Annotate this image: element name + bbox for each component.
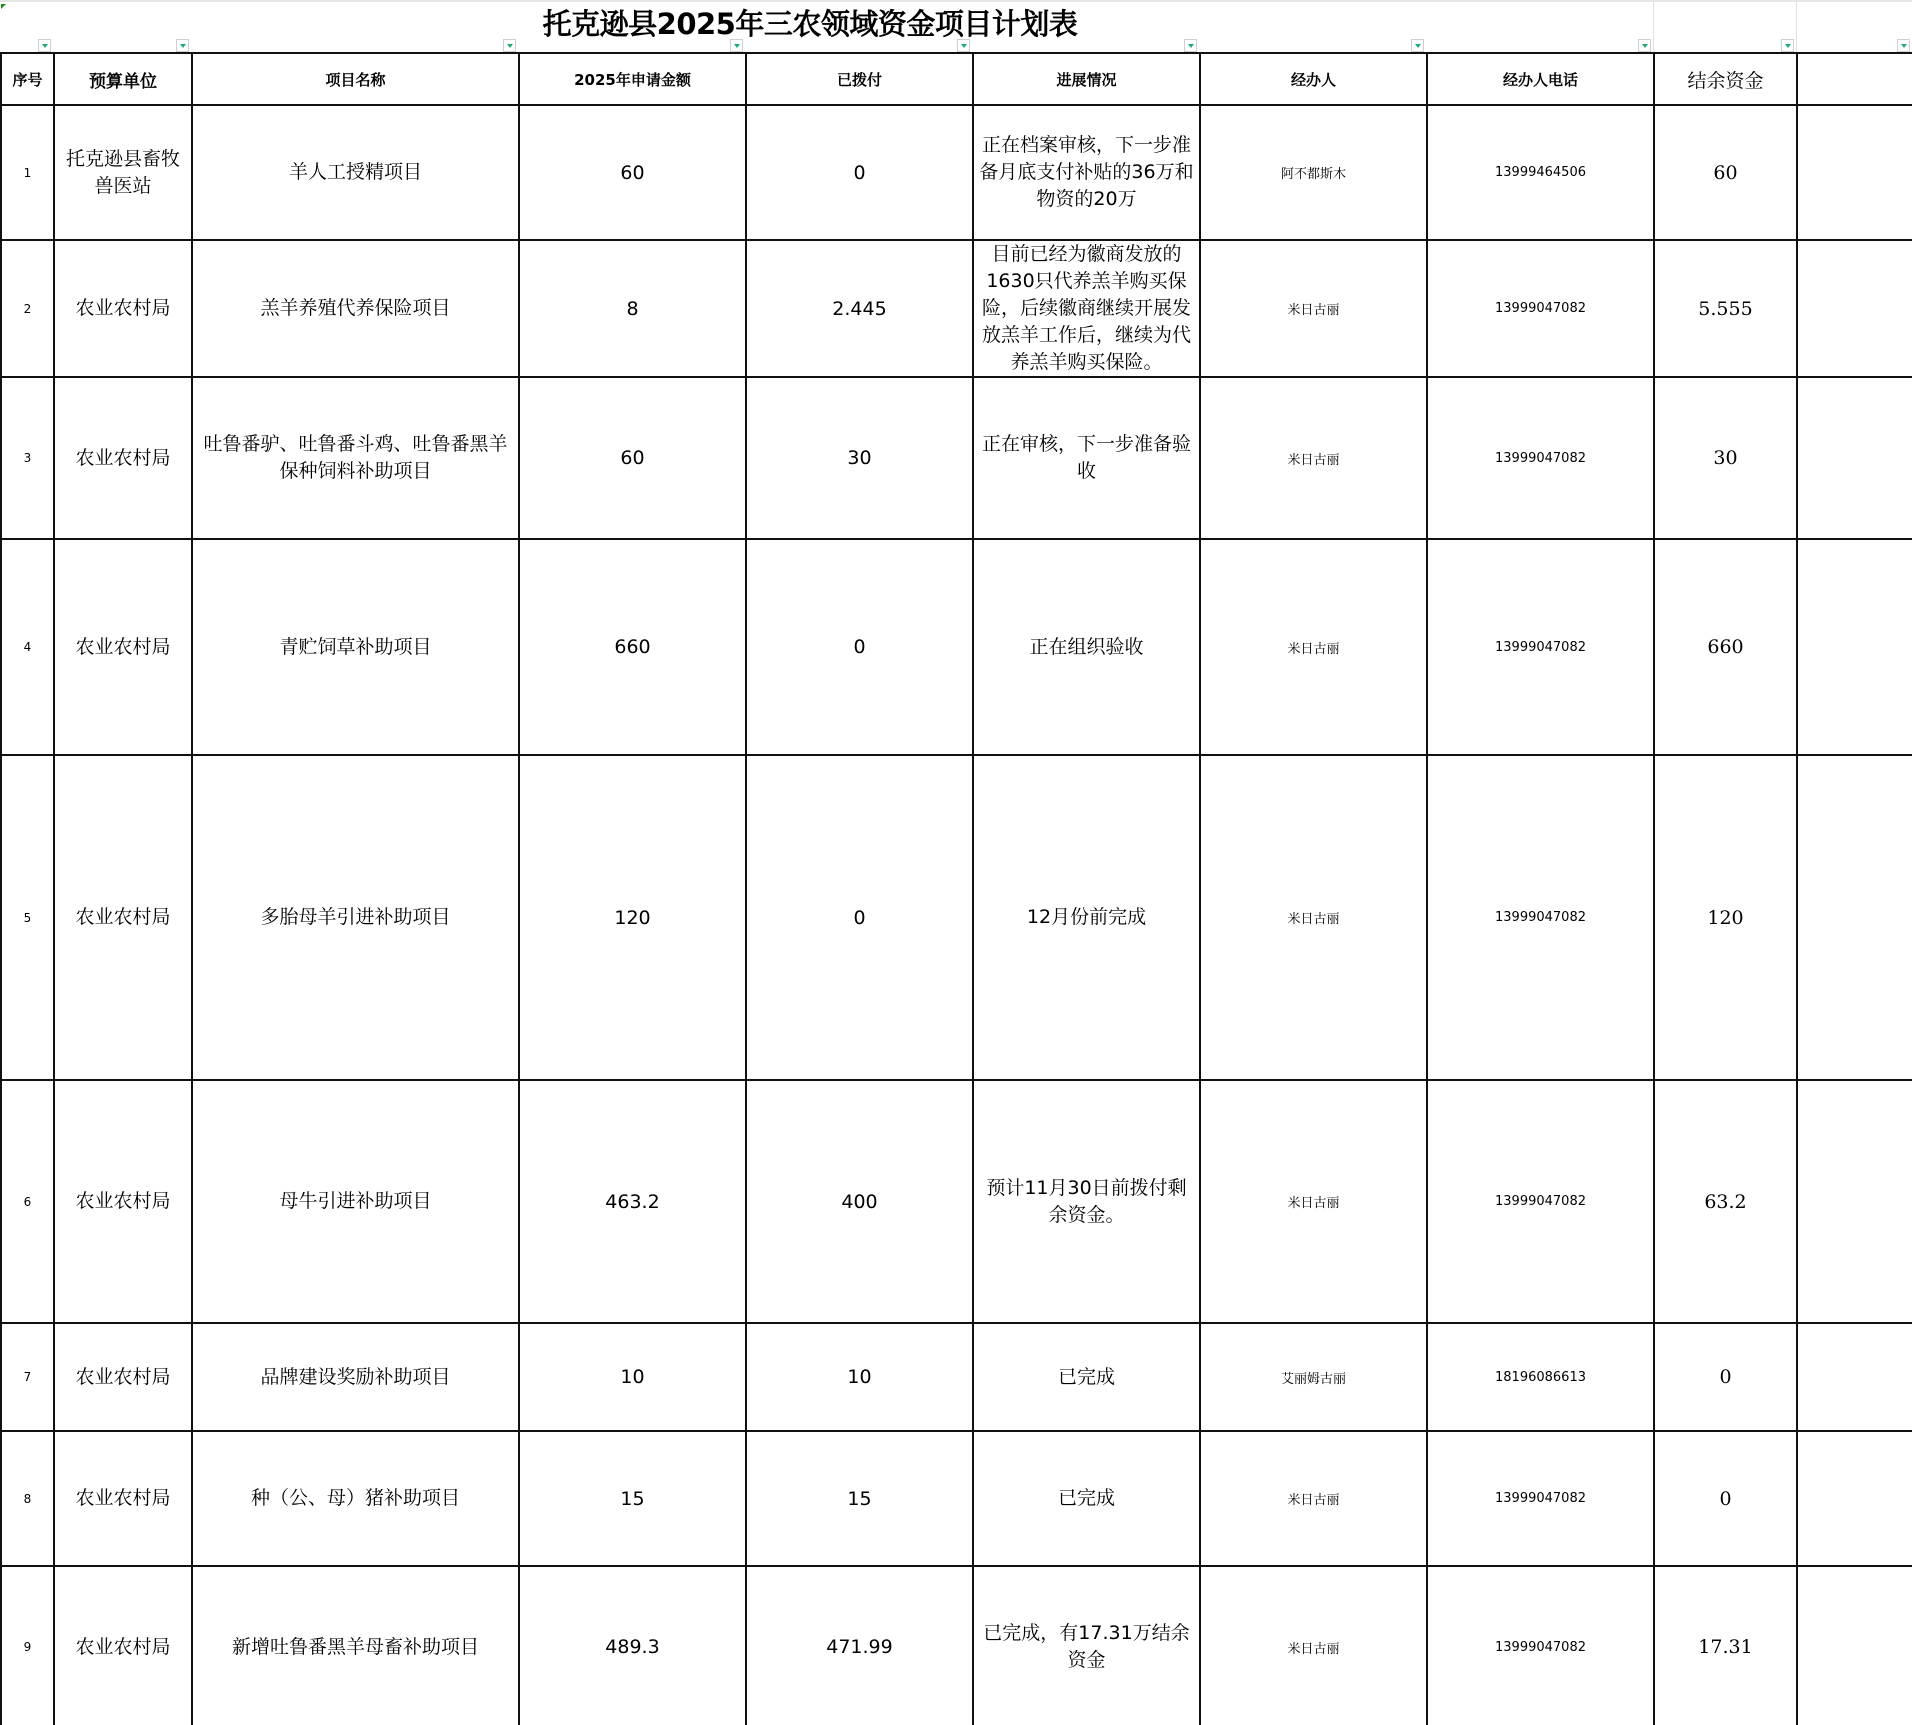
sheet-title[interactable]: 托克逊县2025年三农领域资金项目计划表 [0,4,1620,44]
filter-dropdown-icon[interactable] [1781,39,1794,52]
cell-progress[interactable]: 已完成，有17.31万结余资金 [973,1566,1200,1725]
table-row: 6 农业农村局 母牛引进补助项目 463.2 400 预计11月30日前拨付剩余… [1,1080,1912,1323]
cell-handler[interactable]: 米日古丽 [1200,1080,1427,1323]
cell-paid[interactable]: 30 [746,377,973,539]
table-row: 2 农业农村局 羔羊养殖代养保险项目 8 2.445 目前已经为徽商发放的163… [1,240,1912,377]
cell-index[interactable]: 2 [1,240,54,377]
cell-remaining-funds[interactable]: 0 [1654,1323,1797,1431]
cell-progress[interactable]: 正在组织验收 [973,539,1200,755]
cell-remaining-funds[interactable]: 63.2 [1654,1080,1797,1323]
filter-dropdown-icon[interactable] [503,39,516,52]
cell-budget-unit[interactable]: 农业农村局 [54,539,192,755]
cell-requested-amount[interactable]: 60 [519,105,746,240]
cell-empty[interactable] [1797,755,1912,1080]
cell-index[interactable]: 1 [1,105,54,240]
filter-dropdown-icon[interactable] [957,39,970,52]
title-row: 托克逊县2025年三农领域资金项目计划表 [0,0,1912,53]
cell-progress[interactable]: 12月份前完成 [973,755,1200,1080]
cell-remaining-funds[interactable]: 0 [1654,1431,1797,1566]
cell-progress[interactable]: 预计11月30日前拨付剩余资金。 [973,1080,1200,1323]
cell-handler-phone[interactable]: 18196086613 [1427,1323,1654,1431]
cell-project-name[interactable]: 品牌建设奖励补助项目 [192,1323,519,1431]
cell-handler[interactable]: 米日古丽 [1200,755,1427,1080]
cell-handler[interactable]: 艾丽姆古丽 [1200,1323,1427,1431]
cell-paid[interactable]: 15 [746,1431,973,1566]
header-project-name[interactable]: 项目名称 [192,53,519,105]
cell-project-name[interactable]: 青贮饲草补助项目 [192,539,519,755]
cell-budget-unit[interactable]: 托克逊县畜牧兽医站 [54,105,192,240]
cell-requested-amount[interactable]: 15 [519,1431,746,1566]
cell-project-name[interactable]: 吐鲁番驴、吐鲁番斗鸡、吐鲁番黑羊保种饲料补助项目 [192,377,519,539]
filter-dropdown-icon[interactable] [1897,39,1910,52]
header-empty[interactable] [1797,53,1912,105]
table-row: 8 农业农村局 种（公、母）猪补助项目 15 15 已完成 米日古丽 13999… [1,1431,1912,1566]
cell-handler-phone[interactable]: 13999047082 [1427,1080,1654,1323]
cell-requested-amount[interactable]: 10 [519,1323,746,1431]
cell-index[interactable]: 6 [1,1080,54,1323]
cell-budget-unit[interactable]: 农业农村局 [54,1323,192,1431]
header-row: 序号 预算单位 项目名称 2025年申请金额 已拨付 进展情况 经办人 经办人电… [1,53,1912,105]
cell-budget-unit[interactable]: 农业农村局 [54,1431,192,1566]
cell-paid[interactable]: 2.445 [746,240,973,377]
project-table: 序号 预算单位 项目名称 2025年申请金额 已拨付 进展情况 经办人 经办人电… [0,52,1912,1725]
cell-budget-unit[interactable]: 农业农村局 [54,377,192,539]
cell-handler-phone[interactable]: 13999464506 [1427,105,1654,240]
cell-empty[interactable] [1797,1080,1912,1323]
cell-index[interactable]: 9 [1,1566,54,1725]
filter-dropdown-icon[interactable] [176,39,189,52]
cell-empty[interactable] [1797,377,1912,539]
cell-empty[interactable] [1797,105,1912,240]
cell-paid[interactable]: 471.99 [746,1566,973,1725]
cell-paid[interactable]: 0 [746,539,973,755]
cell-remaining-funds[interactable]: 17.31 [1654,1566,1797,1725]
cell-index[interactable]: 8 [1,1431,54,1566]
header-index[interactable]: 序号 [1,53,54,105]
cell-handler[interactable]: 米日古丽 [1200,240,1427,377]
cell-empty[interactable] [1797,1431,1912,1566]
cell-handler[interactable]: 阿不都斯木 [1200,105,1427,240]
cell-progress[interactable]: 正在档案审核，下一步准备月底支付补贴的36万和物资的20万 [973,105,1200,240]
cell-project-name[interactable]: 母牛引进补助项目 [192,1080,519,1323]
cell-handler-phone[interactable]: 13999047082 [1427,1566,1654,1725]
cell-project-name[interactable]: 多胎母羊引进补助项目 [192,755,519,1080]
cell-index[interactable]: 4 [1,539,54,755]
cell-project-name[interactable]: 羔羊养殖代养保险项目 [192,240,519,377]
cell-project-name[interactable]: 种（公、母）猪补助项目 [192,1431,519,1566]
filter-dropdown-icon[interactable] [1411,39,1424,52]
table-row: 9 农业农村局 新增吐鲁番黑羊母畜补助项目 489.3 471.99 已完成，有… [1,1566,1912,1725]
filter-dropdown-icon[interactable] [1638,39,1651,52]
header-budget-unit[interactable]: 预算单位 [54,53,192,105]
cell-empty[interactable] [1797,539,1912,755]
cell-handler[interactable]: 米日古丽 [1200,377,1427,539]
cell-handler-phone[interactable]: 13999047082 [1427,240,1654,377]
cell-paid[interactable]: 0 [746,105,973,240]
table-row: 4 农业农村局 青贮饲草补助项目 660 0 正在组织验收 米日古丽 13999… [1,539,1912,755]
cell-progress[interactable]: 目前已经为徽商发放的1630只代养羔羊购买保险，后续徽商继续开展发放羔羊工作后，… [973,240,1200,377]
cell-index[interactable]: 7 [1,1323,54,1431]
cell-budget-unit[interactable]: 农业农村局 [54,1080,192,1323]
cell-handler-phone[interactable]: 13999047082 [1427,1431,1654,1566]
cell-handler[interactable]: 米日古丽 [1200,1431,1427,1566]
cell-budget-unit[interactable]: 农业农村局 [54,240,192,377]
cell-handler-phone[interactable]: 13999047082 [1427,755,1654,1080]
cell-project-name[interactable]: 羊人工授精项目 [192,105,519,240]
cell-requested-amount[interactable]: 8 [519,240,746,377]
cell-paid[interactable]: 10 [746,1323,973,1431]
cell-index[interactable]: 5 [1,755,54,1080]
table-row: 5 农业农村局 多胎母羊引进补助项目 120 0 12月份前完成 米日古丽 13… [1,755,1912,1080]
header-progress[interactable]: 进展情况 [973,53,1200,105]
header-paid[interactable]: 已拨付 [746,53,973,105]
cell-budget-unit[interactable]: 农业农村局 [54,1566,192,1725]
cell-paid[interactable]: 0 [746,755,973,1080]
cell-requested-amount[interactable]: 489.3 [519,1566,746,1725]
cell-requested-amount[interactable]: 463.2 [519,1080,746,1323]
gridline [1653,2,1654,55]
cell-requested-amount[interactable]: 60 [519,377,746,539]
cell-handler[interactable]: 米日古丽 [1200,1566,1427,1725]
header-remaining-funds[interactable]: 结余资金 [1654,53,1797,105]
cell-requested-amount[interactable]: 660 [519,539,746,755]
filter-dropdown-icon[interactable] [1184,39,1197,52]
table-row: 3 农业农村局 吐鲁番驴、吐鲁番斗鸡、吐鲁番黑羊保种饲料补助项目 60 30 正… [1,377,1912,539]
cell-handler[interactable]: 米日古丽 [1200,539,1427,755]
cell-empty[interactable] [1797,1323,1912,1431]
cell-project-name[interactable]: 新增吐鲁番黑羊母畜补助项目 [192,1566,519,1725]
cell-requested-amount[interactable]: 120 [519,755,746,1080]
cell-remaining-funds[interactable]: 120 [1654,755,1797,1080]
cell-progress[interactable]: 正在审核，下一步准备验收 [973,377,1200,539]
cell-remaining-funds[interactable]: 30 [1654,377,1797,539]
table-row: 7 农业农村局 品牌建设奖励补助项目 10 10 已完成 艾丽姆古丽 18196… [1,1323,1912,1431]
table-row: 1 托克逊县畜牧兽医站 羊人工授精项目 60 0 正在档案审核，下一步准备月底支… [1,105,1912,240]
cell-empty[interactable] [1797,1566,1912,1725]
header-handler[interactable]: 经办人 [1200,53,1427,105]
cell-remaining-funds[interactable]: 60 [1654,105,1797,240]
cell-progress[interactable]: 已完成 [973,1431,1200,1566]
cell-paid[interactable]: 400 [746,1080,973,1323]
cell-index[interactable]: 3 [1,377,54,539]
header-handler-phone[interactable]: 经办人电话 [1427,53,1654,105]
cell-remaining-funds[interactable]: 660 [1654,539,1797,755]
cell-handler-phone[interactable]: 13999047082 [1427,539,1654,755]
gridline [1796,2,1797,55]
cell-remaining-funds[interactable]: 5.555 [1654,240,1797,377]
cell-progress[interactable]: 已完成 [973,1323,1200,1431]
cell-budget-unit[interactable]: 农业农村局 [54,755,192,1080]
filter-dropdown-icon[interactable] [38,39,51,52]
cell-handler-phone[interactable]: 13999047082 [1427,377,1654,539]
filter-dropdown-icon[interactable] [730,39,743,52]
header-requested-amount[interactable]: 2025年申请金额 [519,53,746,105]
cell-empty[interactable] [1797,240,1912,377]
